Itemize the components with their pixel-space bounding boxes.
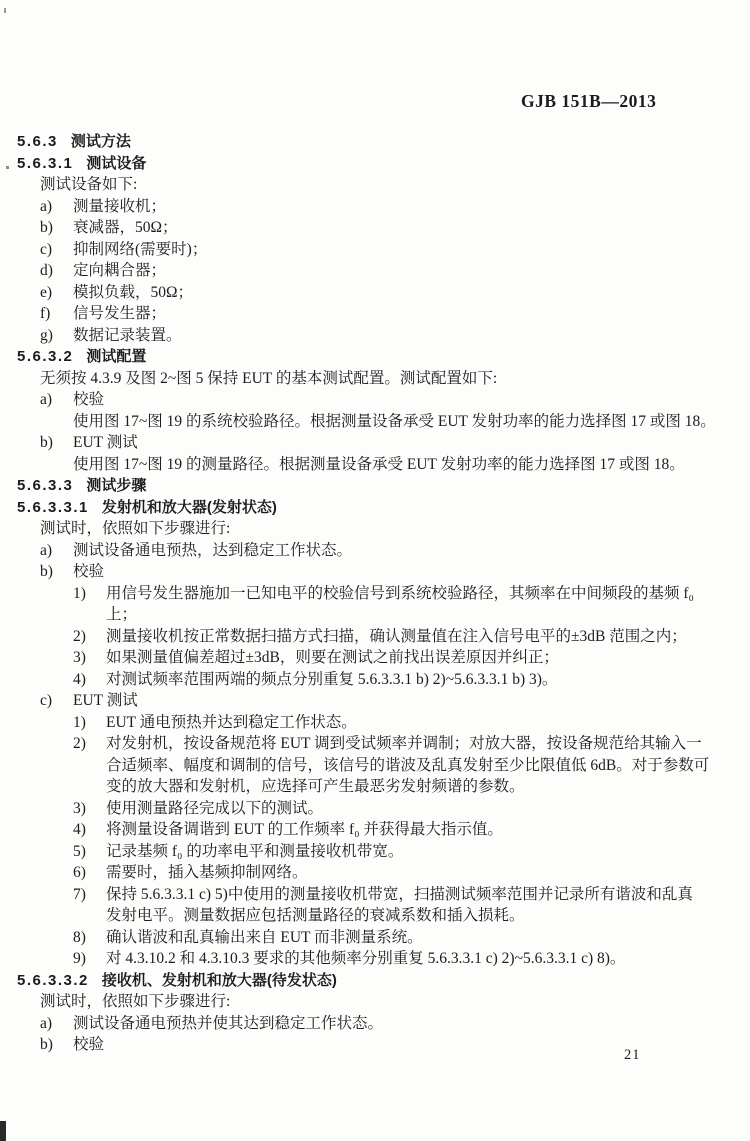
- list-marker: 4): [73, 819, 106, 841]
- sub-list-item-continuation: 合适频率、幅度和调制的信号，该信号的谐波及乱真发射至少比限值低 6dB。对于参数…: [0, 755, 750, 777]
- list-marker: b): [40, 432, 73, 454]
- sub-list-item: 4)对测试频率范围两端的频点分别重复 5.6.3.3.1 b) 2)~5.6.3…: [0, 669, 750, 691]
- list-item: a)测量接收机；: [0, 196, 750, 218]
- scan-artifact: [4, 8, 6, 13]
- list-marker: c): [40, 690, 73, 712]
- sub-list-item-continuation: 上；: [0, 604, 750, 626]
- list-item: b)衰减器，50Ω；: [0, 217, 750, 239]
- list-marker: a): [40, 1013, 73, 1035]
- list-marker: 5): [73, 841, 106, 863]
- list-item: d)定向耦合器；: [0, 260, 750, 282]
- list-item: a)测试设备通电预热，达到稳定工作状态。: [0, 540, 750, 562]
- list-item: f)信号发生器；: [0, 303, 750, 325]
- line-text: 用信号发生器施加一已知电平的校验信号到系统校验路径，其频率在中间频段的基频 f₀: [106, 583, 694, 605]
- line-text: 定向耦合器；: [73, 260, 166, 282]
- sub-list-item: 3)使用测量路径完成以下的测试。: [0, 798, 750, 820]
- line-text: EUT 测试: [73, 690, 138, 712]
- line-text: 测试设备: [86, 153, 146, 175]
- line-text: 对测试频率范围两端的频点分别重复 5.6.3.3.1 b) 2)~5.6.3.3…: [106, 669, 557, 691]
- list-marker: 7): [73, 884, 106, 906]
- list-marker: a): [40, 540, 73, 562]
- document-body: 5.6.3测试方法5.6.3.1测试设备测试设备如下:a)测量接收机；b)衰减器…: [0, 0, 750, 1056]
- section-heading: 5.6.3.1测试设备: [0, 153, 750, 175]
- list-item: c)抑制网络(需要时)；: [0, 239, 750, 261]
- line-text: EUT 通电预热并达到稳定工作状态。: [106, 712, 357, 734]
- line-text: 将测量设备调谐到 EUT 的工作频率 f₀ 并获得最大指示值。: [106, 819, 503, 841]
- list-item: c)EUT 测试: [0, 690, 750, 712]
- list-marker: 3): [73, 798, 106, 820]
- list-marker: e): [40, 282, 73, 304]
- sub-list-item: 7)保持 5.6.3.3.1 c) 5)中使用的测量接收机带宽，扫描测试频率范围…: [0, 884, 750, 906]
- list-marker: a): [40, 196, 73, 218]
- section-heading: 5.6.3.3.1发射机和放大器(发射状态): [0, 497, 750, 519]
- sub-list-item: 1)EUT 通电预热并达到稳定工作状态。: [0, 712, 750, 734]
- paragraph: 测试时，依照如下步骤进行:: [0, 518, 750, 540]
- paragraph: 测试设备如下:: [0, 174, 750, 196]
- sub-list-item: 2)测量接收机按正常数据扫描方式扫描，确认测量值在注入信号电平的±3dB 范围之…: [0, 626, 750, 648]
- sub-list-item: 6)需要时，插入基频抑制网络。: [0, 862, 750, 884]
- list-item: b)EUT 测试: [0, 432, 750, 454]
- list-item: a)测试设备通电预热并使其达到稳定工作状态。: [0, 1013, 750, 1035]
- line-text: 保持 5.6.3.3.1 c) 5)中使用的测量接收机带宽，扫描测试频率范围并记…: [106, 884, 693, 906]
- line-text: 模拟负载，50Ω；: [73, 282, 193, 304]
- line-text: 测试配置: [86, 346, 146, 368]
- line-text: 测试步骤: [86, 475, 146, 497]
- line-text: 记录基频 f₀ 的功率电平和测量接收机带宽。: [106, 841, 403, 863]
- list-item: b)校验: [0, 561, 750, 583]
- line-text: 抑制网络(需要时)；: [73, 239, 207, 261]
- line-text: 合适频率、幅度和调制的信号，该信号的谐波及乱真发射至少比限值低 6dB。对于参数…: [106, 755, 709, 777]
- line-text: 数据记录装置。: [73, 325, 182, 347]
- line-text: 校验: [73, 1034, 104, 1056]
- sub-list-item: 4)将测量设备调谐到 EUT 的工作频率 f₀ 并获得最大指示值。: [0, 819, 750, 841]
- list-marker: b): [40, 1034, 73, 1056]
- scan-artifact: [0, 1121, 6, 1141]
- section-number: 5.6.3.3: [17, 475, 73, 497]
- line-text: 校验: [73, 389, 104, 411]
- line-text: 对发射机，按设备规范将 EUT 调到受试频率并调制；对放大器，按设备规范给其输入…: [106, 733, 702, 755]
- list-item: g)数据记录装置。: [0, 325, 750, 347]
- line-text: 需要时，插入基频抑制网络。: [106, 862, 308, 884]
- line-text: 使用图 17~图 19 的系统校验路径。根据测量设备承受 EUT 发射功率的能力…: [73, 411, 716, 433]
- section-heading: 5.6.3测试方法: [0, 131, 750, 153]
- line-text: 测试设备如下:: [40, 174, 137, 196]
- section-number: 5.6.3.2: [17, 346, 73, 368]
- list-marker: 6): [73, 862, 106, 884]
- list-item-continuation: 使用图 17~图 19 的测量路径。根据测量设备承受 EUT 发射功率的能力选择…: [0, 454, 750, 476]
- section-number: 5.6.3.1: [17, 153, 73, 175]
- list-marker: 2): [73, 626, 106, 648]
- list-item-continuation: 使用图 17~图 19 的系统校验路径。根据测量设备承受 EUT 发射功率的能力…: [0, 411, 750, 433]
- line-text: 测试方法: [71, 131, 131, 153]
- section-heading: 5.6.3.2测试配置: [0, 346, 750, 368]
- line-text: 测量接收机；: [73, 196, 166, 218]
- line-text: 上；: [106, 604, 137, 626]
- list-marker: 9): [73, 948, 106, 970]
- line-text: 接收机、发射机和放大器(待发状态): [102, 970, 337, 992]
- line-text: 确认谐波和乱真输出来自 EUT 而非测量系统。: [106, 927, 423, 949]
- list-marker: c): [40, 239, 73, 261]
- line-text: 无须按 4.3.9 及图 2~图 5 保持 EUT 的基本测试配置。测试配置如下…: [40, 368, 497, 390]
- line-text: 测试设备通电预热并使其达到稳定工作状态。: [73, 1013, 383, 1035]
- scanned-document-page: GJB 151B—2013 5.6.3测试方法5.6.3.1测试设备测试设备如下…: [0, 0, 750, 1141]
- sub-list-item-continuation: 发射电平。测量数据应包括测量路径的衰减系数和插入损耗。: [0, 905, 750, 927]
- list-item: e)模拟负载，50Ω；: [0, 282, 750, 304]
- line-text: 对 4.3.10.2 和 4.3.10.3 要求的其他频率分别重复 5.6.3.…: [106, 948, 625, 970]
- section-heading: 5.6.3.3测试步骤: [0, 475, 750, 497]
- list-marker: 1): [73, 712, 106, 734]
- page-number: 21: [624, 1047, 641, 1064]
- sub-list-item: 2)对发射机，按设备规范将 EUT 调到受试频率并调制；对放大器，按设备规范给其…: [0, 733, 750, 755]
- line-text: 测量接收机按正常数据扫描方式扫描，确认测量值在注入信号电平的±3dB 范围之内；: [106, 626, 687, 648]
- paragraph: 无须按 4.3.9 及图 2~图 5 保持 EUT 的基本测试配置。测试配置如下…: [0, 368, 750, 390]
- sub-list-item: 1)用信号发生器施加一已知电平的校验信号到系统校验路径，其频率在中间频段的基频 …: [0, 583, 750, 605]
- line-text: 信号发生器；: [73, 303, 166, 325]
- line-text: 发射电平。测量数据应包括测量路径的衰减系数和插入损耗。: [106, 905, 525, 927]
- list-marker: b): [40, 217, 73, 239]
- sub-list-item: 5)记录基频 f₀ 的功率电平和测量接收机带宽。: [0, 841, 750, 863]
- line-text: 如果测量值偏差超过±3dB，则要在测试之前找出误差原因并纠正；: [106, 647, 559, 669]
- line-text: 发射机和放大器(发射状态): [102, 497, 277, 519]
- list-marker: f): [40, 303, 73, 325]
- list-marker: 2): [73, 733, 106, 755]
- sub-list-item: 8)确认谐波和乱真输出来自 EUT 而非测量系统。: [0, 927, 750, 949]
- sub-list-item: 9)对 4.3.10.2 和 4.3.10.3 要求的其他频率分别重复 5.6.…: [0, 948, 750, 970]
- list-marker: d): [40, 260, 73, 282]
- line-text: 测试设备通电预热，达到稳定工作状态。: [73, 540, 352, 562]
- line-text: 使用图 17~图 19 的测量路径。根据测量设备承受 EUT 发射功率的能力选择…: [73, 454, 685, 476]
- line-text: 测试时，依照如下步骤进行:: [40, 518, 230, 540]
- section-heading: 5.6.3.3.2接收机、发射机和放大器(待发状态): [0, 970, 750, 992]
- sub-list-item: 3)如果测量值偏差超过±3dB，则要在测试之前找出误差原因并纠正；: [0, 647, 750, 669]
- sub-list-item-continuation: 变的放大器和发射机，应选择可产生最恶劣发射频谱的参数。: [0, 776, 750, 798]
- list-marker: 3): [73, 647, 106, 669]
- line-text: 校验: [73, 561, 104, 583]
- line-text: 使用测量路径完成以下的测试。: [106, 798, 323, 820]
- paragraph: 测试时，依照如下步骤进行:: [0, 991, 750, 1013]
- list-item: a)校验: [0, 389, 750, 411]
- line-text: EUT 测试: [73, 432, 138, 454]
- section-number: 5.6.3.3.1: [17, 497, 89, 519]
- list-marker: g): [40, 325, 73, 347]
- line-text: 测试时，依照如下步骤进行:: [40, 991, 230, 1013]
- line-text: 变的放大器和发射机，应选择可产生最恶劣发射频谱的参数。: [106, 776, 525, 798]
- list-marker: b): [40, 561, 73, 583]
- list-marker: a): [40, 389, 73, 411]
- list-marker: 4): [73, 669, 106, 691]
- line-text: 衰减器，50Ω；: [73, 217, 178, 239]
- scan-artifact: [6, 166, 9, 169]
- section-number: 5.6.3: [17, 131, 58, 153]
- list-marker: 8): [73, 927, 106, 949]
- list-marker: 1): [73, 583, 106, 605]
- section-number: 5.6.3.3.2: [17, 970, 89, 992]
